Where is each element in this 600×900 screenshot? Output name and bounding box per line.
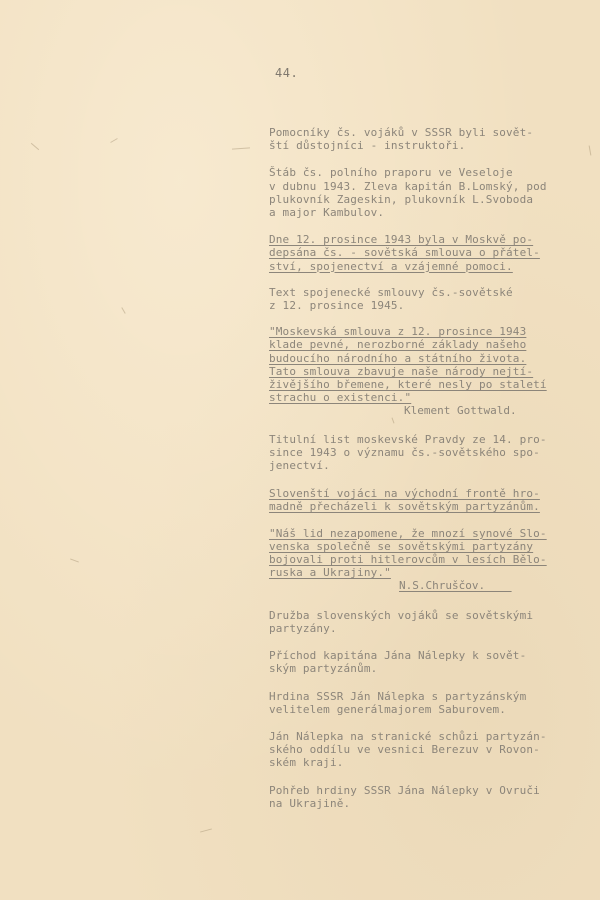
page-number: 44. [275, 66, 298, 80]
paper-fiber-mark [232, 147, 250, 149]
caption-nalepka-arrival: Příchod kapitána Jána Nálepky k sovět- s… [269, 649, 599, 675]
caption-pravda-front-page: Titulní list moskevské Pravdy ze 14. pro… [269, 433, 599, 473]
paper-fiber-mark [121, 307, 125, 314]
paper-fiber-mark [70, 558, 79, 562]
paper-fiber-mark [31, 143, 39, 150]
quote-gottwald-signature: Klement Gottwald. [269, 404, 599, 417]
caption-nalepka-party-meeting: Ján Nálepka na stranické schůzi partyzán… [269, 730, 599, 770]
caption-nalepka-saburov: Hrdina SSSR Ján Nálepka s partyzánským v… [269, 690, 599, 716]
quote-gottwald-text: "Moskevská smlouva z 12. prosince 1943 k… [269, 325, 599, 404]
caption-soviet-instructors: Pomocníky čs. vojáků v SSSR byli sovět- … [269, 126, 599, 152]
paper-fiber-mark [110, 138, 117, 143]
caption-list: Pomocníky čs. vojáků v SSSR byli sovět- … [269, 126, 599, 810]
quote-chruscov-signature: N.S.Chruščov. [269, 579, 599, 592]
quote-chruscov: "Náš lid nezapomene, že mnozí synové Slo… [269, 527, 599, 593]
caption-treaty-text: Text spojenecké smlouvy čs.-sovětské z 1… [269, 286, 599, 312]
caption-nalepka-funeral: Pohřeb hrdiny SSSR Jána Nálepky v Ovruči… [269, 784, 599, 810]
caption-treaty-signing: Dne 12. prosince 1943 byla v Moskvě po- … [269, 233, 599, 273]
quote-gottwald: "Moskevská smlouva z 12. prosince 1943 k… [269, 325, 599, 417]
quote-chruscov-text: "Náš lid nezapomene, že mnozí synové Slo… [269, 527, 599, 580]
caption-slovak-soldiers-defecting: Slovenští vojáci na východní frontě hro-… [269, 487, 599, 513]
caption-battalion-staff: Štáb čs. polního praporu ve Veseloje v d… [269, 166, 599, 219]
paper-fiber-mark [200, 828, 212, 832]
caption-friendship-partisans: Družba slovenských vojáků se sovětskými … [269, 609, 599, 635]
